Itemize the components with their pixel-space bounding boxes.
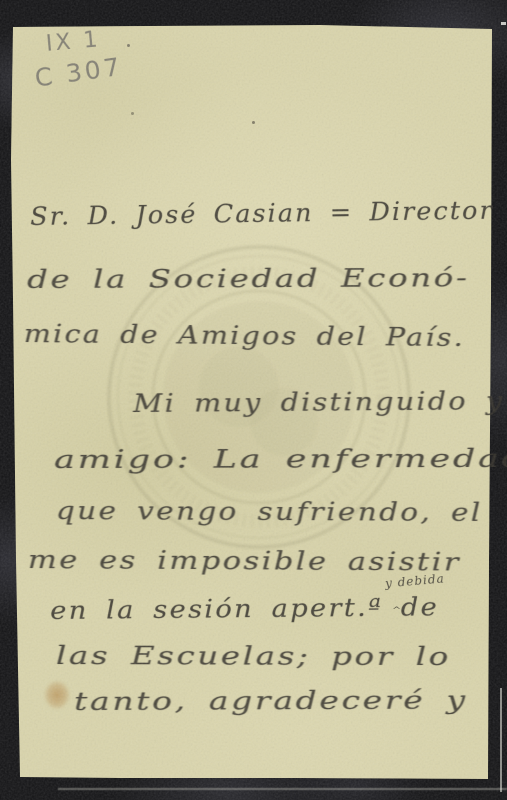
handwriting-line: de la Sociedad Econó- [27,264,470,293]
insertion-caret: ^ [392,605,401,615]
handwriting-line: Sr. D. José Casian = Director [30,197,494,231]
ink-speck [252,121,255,124]
pencil-archival-mark-1: IX 1 [45,27,102,57]
ink-speck [127,44,130,47]
handwriting-line: Mi muy distinguido y [133,387,504,417]
foxing-stain [40,676,74,714]
scanned-letter-page: IX 1 C 307 Sr. D. José Casian = Director… [0,0,507,800]
handwriting-line: amigo: La enfermedad [54,445,507,474]
scanner-line-artifact [500,688,502,792]
handwriting-line: tanto, agradeceré y [74,686,468,715]
handwriting-line: en la sesión apert.ª de [50,593,439,624]
ink-speck [131,112,134,115]
scanner-speck-artifact [501,22,506,25]
handwriting-line: mica de Amigos del País. [24,320,466,352]
handwriting-line: que vengo sufriendo, el [56,497,483,526]
handwriting-line: me es imposible asistir [28,546,461,576]
scanner-line-artifact [58,788,507,790]
handwriting-line: las Escuelas; por lo [56,642,451,671]
